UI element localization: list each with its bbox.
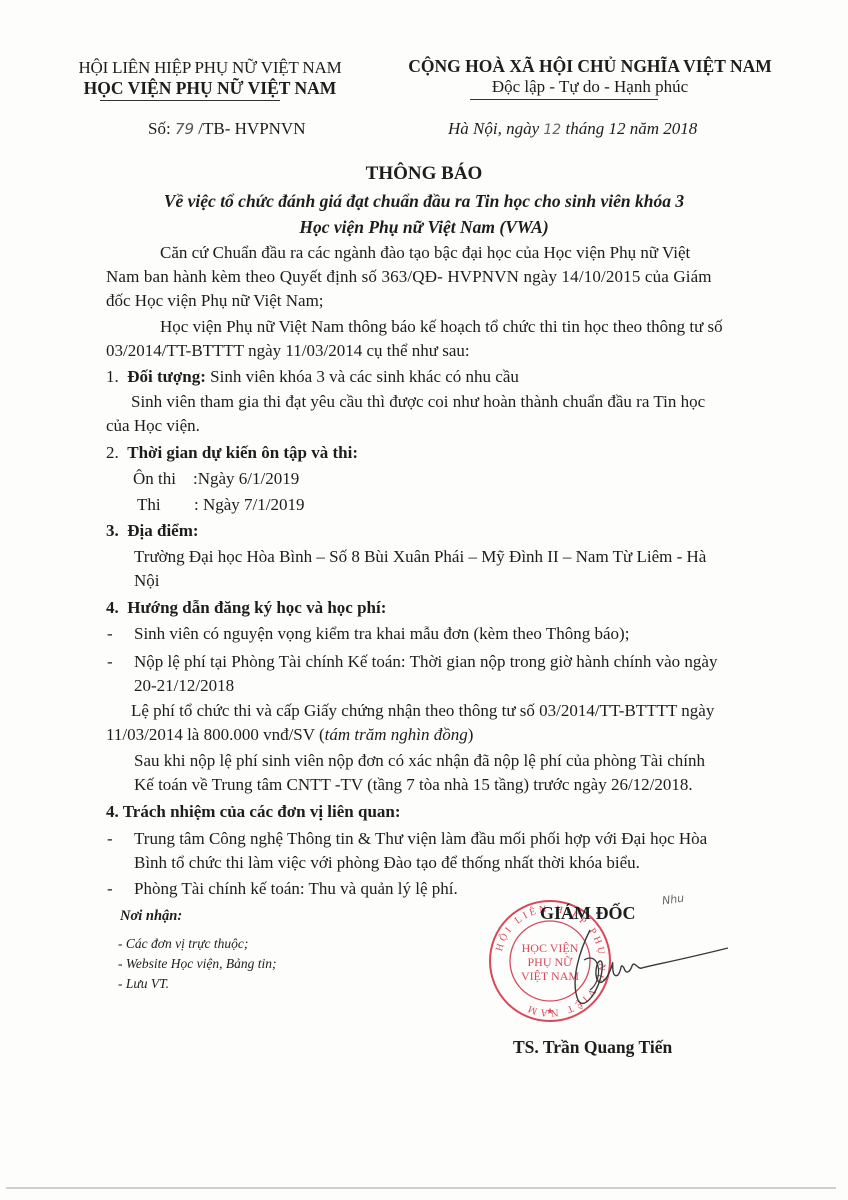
- page-edge-line: [6, 1187, 836, 1189]
- s5-bullet1-line2: Bình tổ chức thi làm việc với phòng Đào …: [134, 853, 640, 873]
- nation-title: CỘNG HOÀ XÃ HỘI CHỦ NGHĨA VIỆT NAM: [400, 56, 780, 77]
- recipient-item: - Lưu VT.: [118, 976, 169, 992]
- intro-p1-line3: đốc Học viện Phụ nữ Việt Nam;: [106, 291, 324, 311]
- intro-p1-line2: Nam ban hành kèm theo Quyết định số 363/…: [106, 267, 712, 287]
- s4-bullet2-line1: Nộp lệ phí tại Phòng Tài chính Kế toán: …: [134, 652, 717, 672]
- intro-p2-line1: Học viện Phụ nữ Việt Nam thông báo kế ho…: [160, 317, 723, 337]
- section-number: 1.: [106, 367, 119, 386]
- day-handwritten: 12: [543, 122, 561, 138]
- schedule-value: :Ngày 6/1/2019: [193, 469, 299, 488]
- bullet-dash: -: [107, 624, 113, 644]
- fee-amount: 11/03/2014 là 800.000 vnđ/SV (: [106, 725, 325, 744]
- national-motto: Độc lập - Tự do - Hạnh phúc: [400, 77, 780, 97]
- document-number: Số: 79 /TB- HVPNVN: [148, 119, 305, 139]
- section-3-line1: Trường Đại học Hòa Bình – Số 8 Bùi Xuân …: [134, 547, 706, 567]
- section-3-line2: Nội: [134, 571, 160, 591]
- section-heading-rest: Sinh viên khóa 3 và các sinh khác có nhu…: [206, 367, 519, 386]
- signature-icon: [560, 920, 730, 1015]
- place-suffix: tháng 12 năm 2018: [561, 119, 697, 138]
- stamp-star-icon: ★: [546, 1006, 554, 1016]
- section-heading: Thời gian dự kiến ôn tập và thi:: [127, 443, 358, 462]
- section-1-heading: 1. Đối tượng: Sinh viên khóa 3 và các si…: [106, 367, 519, 387]
- section-5-heading: 4. Trách nhiệm của các đơn vị liên quan:: [106, 802, 401, 822]
- parent-organization: HỘI LIÊN HIỆP PHỤ NỮ VIỆT NAM: [60, 58, 360, 78]
- section-1-line1: Sinh viên tham gia thi đạt yêu cầu thì đ…: [131, 392, 705, 412]
- bullet-dash: -: [107, 652, 113, 672]
- section-4-heading: 4. Hướng dẫn đăng ký học và học phí:: [106, 598, 386, 618]
- section-2-heading: 2. Thời gian dự kiến ôn tập và thi:: [106, 443, 358, 463]
- schedule-value: : Ngày 7/1/2019: [194, 495, 305, 514]
- schedule-row-review: Ôn thi:Ngày 6/1/2019: [133, 469, 299, 489]
- section-number: 4.: [106, 598, 119, 617]
- fee-in-words: tám trăm nghìn đồng: [325, 725, 468, 744]
- initials-handwritten: Nhu: [661, 892, 685, 908]
- doc-number-prefix: Số:: [148, 119, 175, 138]
- fee-line1: Lệ phí tổ chức thi và cấp Giấy chứng nhậ…: [131, 701, 714, 721]
- bullet-dash: -: [107, 879, 113, 899]
- recipient-item: - Website Học viện, Bảng tin;: [118, 956, 276, 972]
- section-number: 2.: [106, 443, 119, 462]
- s5-bullet1-line1: Trung tâm Công nghệ Thông tin & Thư viện…: [134, 829, 707, 849]
- doc-number-handwritten: 79: [175, 120, 194, 138]
- recipients-heading: Nơi nhận:: [120, 908, 182, 925]
- intro-p1-line1: Căn cứ Chuẩn đầu ra các ngành đào tạo bậ…: [160, 243, 690, 263]
- section-heading: Đối tượng:: [127, 367, 206, 386]
- section-heading: Hướng dẫn đăng ký học và học phí:: [127, 598, 386, 617]
- signatory-name: TS. Trần Quang Tiến: [513, 1037, 672, 1058]
- document-subtitle-2: Học viện Phụ nữ Việt Nam (VWA): [0, 217, 848, 238]
- schedule-label: Thi: [137, 495, 194, 515]
- place-and-date: Hà Nội, ngày 12 tháng 12 năm 2018: [448, 119, 697, 139]
- place-prefix: Hà Nội, ngày: [448, 119, 543, 138]
- section-number: 3.: [106, 521, 119, 540]
- fee-close-paren: ): [468, 725, 474, 744]
- s4-bullet2-line2: 20-21/12/2018: [134, 676, 234, 696]
- after-payment-line1: Sau khi nộp lệ phí sinh viên nộp đơn có …: [134, 751, 705, 771]
- section-heading: Địa điểm:: [127, 521, 198, 540]
- schedule-label: Ôn thi: [133, 469, 193, 489]
- section-1-line2: của Học viện.: [106, 416, 200, 436]
- section-3-heading: 3. Địa điểm:: [106, 521, 199, 541]
- schedule-row-exam: Thi: Ngày 7/1/2019: [137, 495, 305, 515]
- issuing-organization: HỌC VIỆN PHỤ NỮ VIỆT NAM: [60, 78, 360, 99]
- document-title: THÔNG BÁO: [0, 163, 848, 185]
- recipient-item: - Các đơn vị trực thuộc;: [118, 936, 248, 952]
- intro-p2-line2: 03/2014/TT-BTTTT ngày 11/03/2014 cụ thể …: [106, 341, 470, 361]
- document-subtitle: Về việc tổ chức đánh giá đạt chuẩn đầu r…: [0, 191, 848, 212]
- doc-number-suffix: /TB- HVPNVN: [194, 119, 305, 138]
- s5-bullet2: Phòng Tài chính kế toán: Thu và quản lý …: [134, 879, 458, 899]
- bullet-dash: -: [107, 829, 113, 849]
- s4-bullet1: Sinh viên có nguyện vọng kiểm tra khai m…: [134, 624, 629, 644]
- org-underline: [100, 100, 280, 101]
- fee-line2: 11/03/2014 là 800.000 vnđ/SV (tám trăm n…: [106, 725, 473, 745]
- after-payment-line2: Kế toán về Trung tâm CNTT -TV (tầng 7 tò…: [134, 775, 693, 795]
- motto-underline: [470, 99, 658, 100]
